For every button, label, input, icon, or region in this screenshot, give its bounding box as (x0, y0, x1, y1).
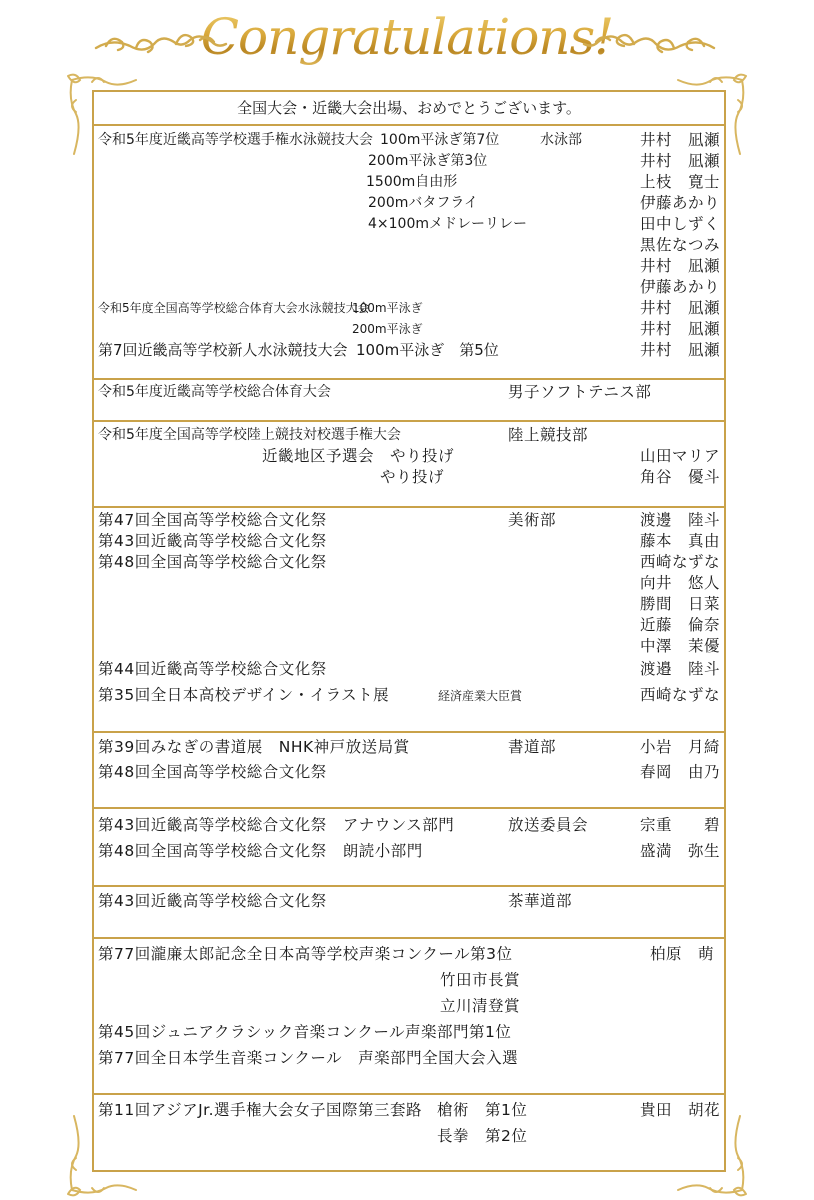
student-name: 藤本 真由 (640, 531, 720, 552)
row-divider (92, 807, 726, 809)
event-title: 第47回全国高等学校総合文化祭 (98, 510, 327, 531)
row-divider (92, 885, 726, 887)
event-detail: 100m平泳ぎ 第5位 (356, 340, 499, 361)
banner-title: Congratulations! (201, 4, 614, 70)
event-title: 第48回全国高等学校総合文化祭 (98, 762, 327, 783)
student-name: 田中しずく (640, 214, 720, 235)
student-name: 渡邊 陸斗 (640, 510, 720, 531)
event-detail: 100m平泳ぎ (352, 298, 423, 319)
club-name: 書道部 (508, 737, 556, 758)
event-title: 令和5年度全国高等学校陸上競技対校選手権大会 (98, 425, 401, 446)
event-title: 令和5年度近畿高等学校総合体育大会 (98, 382, 331, 403)
row-divider (92, 1093, 726, 1095)
row-divider (92, 937, 726, 939)
award-name: 竹田市長賞 (440, 970, 520, 991)
student-name: 山田マリア (640, 446, 720, 467)
student-name: 春岡 由乃 (640, 762, 720, 783)
club-name: 水泳部 (540, 130, 582, 151)
table-header-message: 全国大会・近畿大会出場、おめでとうございます。 (94, 92, 724, 125)
student-name: 近藤 倫奈 (640, 615, 720, 636)
student-name: 伊藤あかり (640, 277, 720, 298)
awards-table (92, 90, 726, 1172)
event-title: 第35回全日本高校デザイン・イラスト展 (98, 685, 389, 706)
event-detail: 4×100mメドレーリレー (368, 214, 527, 235)
event-detail: 100m平泳ぎ第7位 (380, 130, 499, 151)
student-name: 井村 凪瀬 (640, 298, 720, 319)
student-name: 伊藤あかり (640, 193, 720, 214)
event-title: 第7回近畿高等学校新人水泳競技大会 (98, 340, 348, 361)
row-divider (92, 420, 726, 422)
student-name: 宗重 碧 (640, 815, 720, 836)
student-name: 西崎なずな (640, 685, 720, 706)
student-name: 渡邉 陸斗 (640, 659, 720, 680)
row-divider (92, 124, 726, 126)
student-name: 柏原 萌 (650, 944, 714, 965)
award-name: 経済産業大臣賞 (438, 686, 522, 707)
student-name: 向井 悠人 (640, 573, 720, 594)
event-title: 令和5年度近畿高等学校選手権水泳競技大会 (98, 130, 373, 151)
event-title: 第77回瀧廉太郎記念全日本高等学校声楽コンクール第3位 (98, 944, 512, 965)
event-title: 第43回近畿高等学校総合文化祭 (98, 891, 327, 912)
event-detail: 槍術 第1位 (437, 1100, 527, 1121)
event-title: 第39回みなぎの書道展 NHK神戸放送局賞 (98, 737, 410, 758)
event-title: 令和5年度全国高等学校総合体育大会水泳競技大会 (98, 298, 370, 319)
club-name: 茶華道部 (508, 891, 572, 912)
award-name: 立川清登賞 (440, 996, 520, 1017)
event-detail: 200mバタフライ (368, 193, 478, 214)
student-name: 盛満 弥生 (640, 841, 720, 862)
left-flourish-ornament (92, 24, 232, 64)
student-name: 井村 凪瀬 (640, 151, 720, 172)
club-name: 男子ソフトテニス部 (508, 382, 651, 403)
row-divider (92, 731, 726, 733)
event-detail: 長拳 第2位 (437, 1126, 527, 1147)
student-name: 井村 凪瀬 (640, 256, 720, 277)
event-title: 第77回全日本学生音楽コンクール 声楽部門全国大会入選 (98, 1048, 518, 1069)
student-name: 黒佐なつみ (640, 235, 720, 256)
student-name: 角谷 優斗 (640, 467, 720, 488)
event-detail: 1500m自由形 (366, 172, 457, 193)
event-detail: 近畿地区予選会 やり投げ (262, 446, 454, 467)
student-name: 井村 凪瀬 (640, 340, 720, 361)
row-divider (92, 378, 726, 380)
student-name: 中澤 茉優 (640, 636, 720, 657)
student-name: 勝間 日菜 (640, 594, 720, 615)
club-name: 陸上競技部 (508, 425, 588, 446)
event-title: 第48回全国高等学校総合文化祭 朗読小部門 (98, 841, 423, 862)
event-title: 第43回近畿高等学校総合文化祭 アナウンス部門 (98, 815, 454, 836)
event-detail: やり投げ (380, 467, 444, 488)
right-flourish-ornament (578, 24, 718, 64)
student-name: 貴田 胡花 (640, 1100, 720, 1121)
student-name: 井村 凪瀬 (640, 130, 720, 151)
event-title: 第48回全国高等学校総合文化祭 (98, 552, 327, 573)
event-title: 第11回アジアJr.選手権大会女子国際第三套路 (98, 1100, 422, 1121)
event-title: 第43回近畿高等学校総合文化祭 (98, 531, 327, 552)
event-title: 第45回ジュニアクラシック音楽コンクール声楽部門第1位 (98, 1022, 511, 1043)
row-divider (92, 506, 726, 508)
event-detail: 200m平泳ぎ (352, 319, 423, 340)
event-title: 第44回近畿高等学校総合文化祭 (98, 659, 327, 680)
student-name: 小岩 月綺 (640, 737, 720, 758)
student-name: 上枝 寛士 (640, 172, 720, 193)
student-name: 井村 凪瀬 (640, 319, 720, 340)
student-name: 西崎なずな (640, 552, 720, 573)
club-name: 放送委員会 (508, 815, 588, 836)
club-name: 美術部 (508, 510, 556, 531)
event-detail: 200m平泳ぎ第3位 (368, 151, 487, 172)
